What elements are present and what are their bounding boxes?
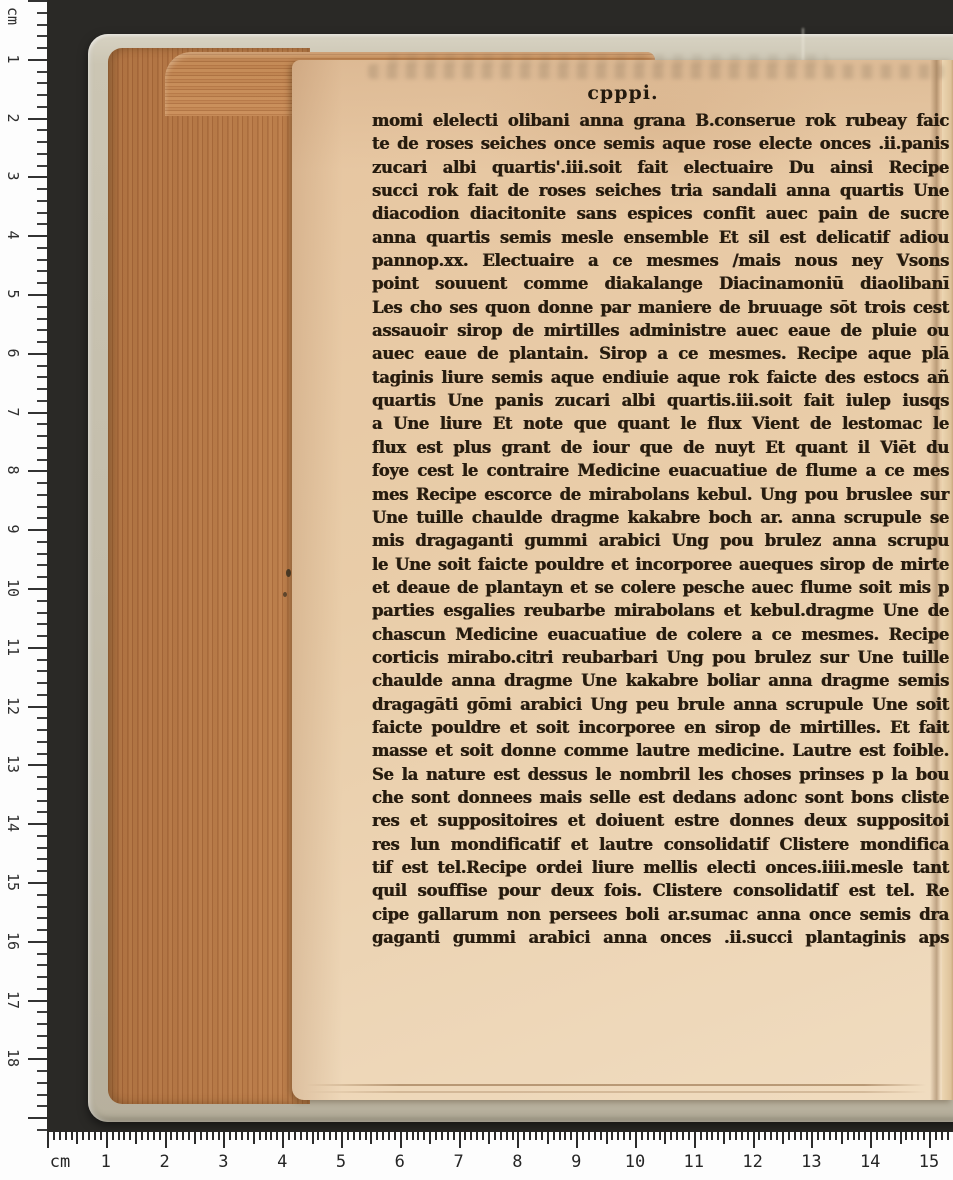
ruler-tick bbox=[37, 106, 47, 108]
text-line: point souuent comme diakalange Diacinamo… bbox=[372, 271, 949, 296]
ruler-tick bbox=[37, 400, 47, 402]
ruler-tick bbox=[553, 1132, 555, 1140]
ruler-tick bbox=[37, 670, 47, 672]
bottom-ruler-number: 9 bbox=[571, 1152, 581, 1172]
ruler-tick bbox=[37, 541, 47, 543]
text-line: tif est tel.Recipe ordei liure mellis el… bbox=[372, 855, 949, 880]
ruler-tick bbox=[447, 1132, 449, 1140]
ruler-tick bbox=[37, 835, 47, 837]
ruler-tick bbox=[37, 247, 47, 249]
ruler-tick bbox=[37, 800, 47, 802]
ruler-tick bbox=[464, 1132, 466, 1140]
ruler-tick bbox=[37, 47, 47, 49]
ruler-tick bbox=[37, 776, 47, 778]
ruler-tick bbox=[176, 1132, 178, 1140]
ruler-tick bbox=[37, 659, 47, 661]
ruler-tick bbox=[494, 1132, 496, 1140]
ruler-tick bbox=[688, 1132, 690, 1140]
ruler-tick bbox=[753, 1132, 755, 1148]
ruler-tick bbox=[741, 1132, 743, 1140]
ruler-tick bbox=[28, 941, 47, 943]
ruler-tick bbox=[235, 1132, 237, 1140]
ruler-tick bbox=[37, 717, 47, 719]
left-ruler-number: 13 bbox=[4, 755, 22, 773]
ruler-tick bbox=[37, 270, 47, 272]
text-line: res lun mondificatif et lautre consolida… bbox=[372, 832, 949, 857]
ruler-tick bbox=[37, 129, 47, 131]
ruler-tick bbox=[37, 753, 47, 755]
ruler-tick bbox=[37, 1023, 47, 1025]
ruler-tick bbox=[270, 1132, 272, 1140]
ruler-tick bbox=[37, 553, 47, 555]
ruler-tick bbox=[37, 35, 47, 37]
ruler-tick bbox=[37, 694, 47, 696]
ruler-tick bbox=[894, 1132, 896, 1140]
ruler-tick bbox=[400, 1132, 402, 1148]
bottom-ruler-number: 11 bbox=[684, 1152, 704, 1172]
ruler-tick bbox=[770, 1132, 772, 1140]
ruler-tick bbox=[676, 1132, 678, 1140]
ruler-tick bbox=[782, 1132, 784, 1144]
ruler-tick bbox=[37, 635, 47, 637]
ruler-tick bbox=[253, 1132, 255, 1144]
ruler-tick bbox=[717, 1132, 719, 1140]
ruler-tick bbox=[37, 847, 47, 849]
ruler-tick bbox=[847, 1132, 849, 1140]
ruler-tick bbox=[37, 200, 47, 202]
ruler-tick bbox=[37, 1035, 47, 1037]
ruler-tick bbox=[37, 212, 47, 214]
ruler-tick bbox=[37, 24, 47, 26]
left-ruler-number: 16 bbox=[4, 932, 22, 950]
ruler-tick bbox=[829, 1132, 831, 1140]
left-ruler-number: 14 bbox=[4, 814, 22, 832]
ruler-tick bbox=[911, 1132, 913, 1140]
left-ruler-number: 8 bbox=[4, 466, 22, 475]
ruler-tick bbox=[28, 353, 47, 355]
text-line: succi rok fait de roses seiches tria san… bbox=[372, 178, 949, 203]
ruler-tick bbox=[37, 1070, 47, 1072]
ruler-tick bbox=[37, 141, 47, 143]
ruler-tick bbox=[900, 1132, 902, 1144]
ruler-tick bbox=[394, 1132, 396, 1140]
text-line: cipe gallarum non persees boli ar.sumac … bbox=[372, 902, 949, 927]
ruler-tick bbox=[37, 988, 47, 990]
under-page-edge-line bbox=[306, 1091, 926, 1093]
bottom-cm-ruler: cm 123456789101112131415 bbox=[0, 1132, 953, 1180]
ruler-tick bbox=[37, 682, 47, 684]
left-ruler-number: 5 bbox=[4, 289, 22, 298]
text-line: foye cest le contraire Medicine euacuati… bbox=[372, 458, 949, 483]
ruler-tick bbox=[37, 858, 47, 860]
ruler-tick bbox=[794, 1132, 796, 1140]
left-ruler-unit-label: cm bbox=[4, 7, 22, 25]
ruler-tick bbox=[776, 1132, 778, 1140]
ruler-tick bbox=[37, 729, 47, 731]
ruler-tick bbox=[935, 1132, 937, 1140]
ruler-tick bbox=[606, 1132, 608, 1144]
ruler-tick bbox=[37, 1047, 47, 1049]
bottom-ruler-number: 6 bbox=[395, 1152, 405, 1172]
ruler-tick bbox=[435, 1132, 437, 1140]
ruler-tick bbox=[37, 71, 47, 73]
book-page: cpppi. momi elelecti olibani anna grana … bbox=[292, 60, 953, 1100]
ruler-tick bbox=[37, 12, 47, 14]
ruler-tick bbox=[37, 1129, 47, 1131]
ruler-tick bbox=[247, 1132, 249, 1140]
ruler-tick bbox=[388, 1132, 390, 1140]
ruler-tick bbox=[541, 1132, 543, 1140]
ruler-tick bbox=[141, 1132, 143, 1140]
ruler-tick bbox=[341, 1132, 343, 1148]
ruler-tick bbox=[476, 1132, 478, 1140]
ruler-tick bbox=[294, 1132, 296, 1140]
ruler-tick bbox=[529, 1132, 531, 1140]
ruler-tick bbox=[317, 1132, 319, 1140]
ruler-tick bbox=[28, 588, 47, 590]
ruler-tick bbox=[547, 1132, 549, 1144]
text-line: quartis Une panis zucari albi quartis.ii… bbox=[372, 388, 949, 413]
ruler-tick bbox=[758, 1132, 760, 1140]
page-block-fore-edge bbox=[108, 48, 310, 1104]
ruler-tick bbox=[82, 1132, 84, 1140]
folio-number-heading: cpppi. bbox=[587, 82, 658, 104]
ruler-tick bbox=[817, 1132, 819, 1140]
bottom-ruler-number: 14 bbox=[860, 1152, 880, 1172]
ink-speck bbox=[286, 569, 291, 577]
ruler-tick bbox=[28, 529, 47, 531]
bottom-ruler-number: 12 bbox=[742, 1152, 762, 1172]
under-page-edge-line bbox=[306, 1084, 926, 1086]
text-line: le Une soit faicte pouldre et incorporee… bbox=[372, 552, 949, 577]
ruler-tick bbox=[37, 741, 47, 743]
text-line: faicte pouldre et soit incorporee en sir… bbox=[372, 715, 949, 740]
ruler-tick bbox=[535, 1132, 537, 1140]
ruler-tick bbox=[88, 1132, 90, 1140]
ruler-tick bbox=[788, 1132, 790, 1140]
ruler-tick bbox=[611, 1132, 613, 1140]
text-line: res et suppositoires et doiuent estre do… bbox=[372, 808, 949, 833]
ruler-tick bbox=[917, 1132, 919, 1140]
ruler-tick bbox=[929, 1132, 931, 1148]
text-line: pannop.xx. Electuaire a ce mesmes /mais … bbox=[372, 248, 949, 273]
ruler-tick bbox=[600, 1132, 602, 1140]
text-line: chaulde anna dragme Une kakabre boliar a… bbox=[372, 668, 949, 693]
ruler-tick bbox=[37, 1082, 47, 1084]
ruler-tick bbox=[37, 82, 47, 84]
ruler-tick bbox=[76, 1132, 78, 1144]
ruler-tick bbox=[312, 1132, 314, 1144]
ruler-tick bbox=[635, 1132, 637, 1148]
text-line: zucari albi quartis'.iii.soit fait elect… bbox=[372, 155, 949, 180]
ruler-tick bbox=[735, 1132, 737, 1140]
ruler-tick bbox=[37, 188, 47, 190]
ruler-tick bbox=[28, 470, 47, 472]
ruler-tick bbox=[653, 1132, 655, 1140]
ruler-tick bbox=[37, 259, 47, 261]
text-line: te de roses seiches once semis aque rose… bbox=[372, 131, 949, 156]
ruler-tick bbox=[28, 412, 47, 414]
text-line: mes Recipe escorce de mirabolans kebul. … bbox=[372, 482, 949, 507]
ruler-tick bbox=[559, 1132, 561, 1140]
ruler-tick bbox=[206, 1132, 208, 1140]
ruler-tick bbox=[112, 1132, 114, 1140]
bottom-ruler-number: 4 bbox=[277, 1152, 287, 1172]
ruler-tick bbox=[59, 1132, 61, 1140]
ruler-tick bbox=[37, 517, 47, 519]
ruler-tick bbox=[700, 1132, 702, 1140]
ruler-tick bbox=[153, 1132, 155, 1140]
book-photograph: cpppi. momi elelecti olibani anna grana … bbox=[47, 0, 953, 1132]
ruler-tick bbox=[376, 1132, 378, 1140]
ruler-tick bbox=[123, 1132, 125, 1140]
ruler-tick bbox=[335, 1132, 337, 1140]
ruler-tick bbox=[882, 1132, 884, 1140]
ruler-tick bbox=[200, 1132, 202, 1140]
ruler-tick bbox=[37, 482, 47, 484]
ruler-tick bbox=[37, 929, 47, 931]
text-line: taginis liure semis aque endiuie aque ro… bbox=[372, 365, 949, 390]
text-line: gaganti gummi arabici anna onces .ii.suc… bbox=[372, 925, 949, 950]
ruler-tick bbox=[106, 1132, 108, 1148]
ruler-tick bbox=[37, 870, 47, 872]
ruler-tick bbox=[170, 1132, 172, 1140]
ruler-tick bbox=[28, 647, 47, 649]
ruler-tick bbox=[223, 1132, 225, 1148]
ruler-tick bbox=[37, 423, 47, 425]
ruler-tick bbox=[800, 1132, 802, 1140]
ruler-tick bbox=[706, 1132, 708, 1140]
ruler-tick bbox=[259, 1132, 261, 1140]
ruler-tick bbox=[947, 1132, 949, 1140]
ruler-tick bbox=[858, 1132, 860, 1140]
ruler-tick bbox=[28, 764, 47, 766]
ruler-tick bbox=[429, 1132, 431, 1144]
ruler-tick bbox=[347, 1132, 349, 1140]
bottom-ruler-number: 8 bbox=[512, 1152, 522, 1172]
text-line: anna quartis semis mesle ensemble Et sil… bbox=[372, 225, 949, 250]
ruler-tick bbox=[941, 1132, 943, 1140]
ruler-tick bbox=[147, 1132, 149, 1140]
ruler-tick bbox=[71, 1132, 73, 1140]
bottom-ruler-number: 10 bbox=[625, 1152, 645, 1172]
ruler-tick bbox=[159, 1132, 161, 1140]
ruler-tick bbox=[500, 1132, 502, 1140]
ruler-tick bbox=[406, 1132, 408, 1140]
ruler-tick bbox=[512, 1132, 514, 1140]
ruler-tick bbox=[37, 623, 47, 625]
ruler-tick bbox=[647, 1132, 649, 1140]
text-line: parties esgalies reubarbe mirabolans et … bbox=[372, 598, 949, 623]
ruler-tick bbox=[129, 1132, 131, 1140]
digitized-book-scan: cm 123456789101112131415161718 cm 123456… bbox=[0, 0, 953, 1180]
ruler-tick bbox=[37, 459, 47, 461]
ruler-tick bbox=[905, 1132, 907, 1140]
ruler-tick bbox=[165, 1132, 167, 1148]
ruler-tick bbox=[582, 1132, 584, 1140]
ruler-tick bbox=[664, 1132, 666, 1144]
ruler-tick bbox=[365, 1132, 367, 1140]
ruler-tick bbox=[37, 318, 47, 320]
ruler-tick bbox=[37, 564, 47, 566]
ruler-tick bbox=[37, 494, 47, 496]
ruler-tick bbox=[617, 1132, 619, 1140]
text-line: quil souffise pour deux fois. Clistere c… bbox=[372, 878, 949, 903]
ruler-tick bbox=[588, 1132, 590, 1140]
ruler-tick bbox=[37, 600, 47, 602]
text-line: mis dragaganti gummi arabici Ung pou bru… bbox=[372, 528, 949, 553]
ruler-tick bbox=[482, 1132, 484, 1140]
ruler-tick bbox=[282, 1132, 284, 1148]
ruler-tick bbox=[37, 506, 47, 508]
ruler-tick bbox=[188, 1132, 190, 1140]
ruler-tick bbox=[28, 294, 47, 296]
text-line: corticis mirabo.citri reubarbari Ung pou… bbox=[372, 645, 949, 670]
ruler-tick bbox=[218, 1132, 220, 1140]
ruler-tick bbox=[37, 612, 47, 614]
ruler-tick bbox=[488, 1132, 490, 1144]
ruler-tick bbox=[37, 341, 47, 343]
ruler-tick bbox=[623, 1132, 625, 1140]
ruler-tick bbox=[370, 1132, 372, 1144]
ruler-tick bbox=[682, 1132, 684, 1140]
left-ruler-number: 6 bbox=[4, 348, 22, 357]
text-line: flux est plus grant de iour que de nuyt … bbox=[372, 435, 949, 460]
ruler-tick bbox=[659, 1132, 661, 1140]
ruler-tick bbox=[288, 1132, 290, 1140]
text-line: momi elelecti olibani anna grana B.conse… bbox=[372, 108, 949, 133]
text-line: chascun Medicine euacuatiue de colere a … bbox=[372, 622, 949, 647]
ruler-tick bbox=[723, 1132, 725, 1144]
ruler-tick bbox=[806, 1132, 808, 1140]
ruler-tick bbox=[570, 1132, 572, 1140]
ruler-tick bbox=[870, 1132, 872, 1148]
ruler-tick bbox=[37, 1011, 47, 1013]
ruler-tick bbox=[37, 788, 47, 790]
show-through-text-smudge bbox=[388, 54, 828, 66]
ruler-tick bbox=[28, 0, 47, 2]
text-line: et deaue de plantayn et se colere pesche… bbox=[372, 575, 949, 600]
show-through-text-smudge bbox=[368, 64, 944, 79]
ruler-tick bbox=[37, 329, 47, 331]
ruler-tick bbox=[306, 1132, 308, 1140]
ruler-tick bbox=[37, 365, 47, 367]
ruler-tick bbox=[823, 1132, 825, 1140]
ruler-tick bbox=[876, 1132, 878, 1140]
ruler-tick bbox=[641, 1132, 643, 1140]
ruler-tick bbox=[37, 306, 47, 308]
ruler-tick bbox=[423, 1132, 425, 1140]
bottom-ruler-number: 1 bbox=[101, 1152, 111, 1172]
ruler-tick bbox=[100, 1132, 102, 1140]
ruler-tick bbox=[28, 176, 47, 178]
ruler-tick bbox=[37, 376, 47, 378]
left-ruler-number: 18 bbox=[4, 1049, 22, 1067]
ruler-tick bbox=[923, 1132, 925, 1140]
ruler-tick bbox=[694, 1132, 696, 1148]
ruler-tick bbox=[37, 811, 47, 813]
ruler-tick bbox=[729, 1132, 731, 1140]
ruler-tick bbox=[265, 1132, 267, 1140]
ruler-tick bbox=[37, 165, 47, 167]
ruler-tick bbox=[94, 1132, 96, 1140]
ruler-tick bbox=[888, 1132, 890, 1140]
ruler-tick bbox=[28, 59, 47, 61]
bottom-ruler-unit-label: cm bbox=[50, 1152, 70, 1172]
bottom-ruler-number: 5 bbox=[336, 1152, 346, 1172]
ruler-tick bbox=[37, 906, 47, 908]
ruler-tick bbox=[28, 1117, 47, 1119]
ruler-tick bbox=[594, 1132, 596, 1140]
ruler-tick bbox=[37, 953, 47, 955]
ruler-tick bbox=[412, 1132, 414, 1140]
ruler-tick bbox=[353, 1132, 355, 1140]
ruler-tick bbox=[323, 1132, 325, 1140]
ruler-tick bbox=[28, 1058, 47, 1060]
ruler-tick bbox=[517, 1132, 519, 1148]
left-ruler-number: 9 bbox=[4, 525, 22, 534]
ruler-tick bbox=[28, 118, 47, 120]
text-line: auec eaue de plantain. Sirop a ce mesmes… bbox=[372, 341, 949, 366]
text-line: che sont donnees mais selle est dedans a… bbox=[372, 785, 949, 810]
ruler-tick bbox=[329, 1132, 331, 1140]
ruler-tick bbox=[506, 1132, 508, 1140]
ruler-tick bbox=[629, 1132, 631, 1140]
ruler-tick bbox=[37, 894, 47, 896]
ruler-tick bbox=[28, 235, 47, 237]
ruler-tick bbox=[37, 94, 47, 96]
left-cm-ruler: cm 123456789101112131415161718 bbox=[0, 0, 47, 1132]
ruler-tick bbox=[37, 1094, 47, 1096]
ruler-tick bbox=[747, 1132, 749, 1140]
text-line: masse et soit donne comme lautre medicin… bbox=[372, 738, 949, 763]
ruler-tick bbox=[453, 1132, 455, 1140]
ruler-tick bbox=[459, 1132, 461, 1148]
left-ruler-number: 4 bbox=[4, 231, 22, 240]
ruler-tick bbox=[835, 1132, 837, 1140]
ruler-tick bbox=[37, 1105, 47, 1107]
bottom-ruler-number: 3 bbox=[218, 1152, 228, 1172]
ruler-tick bbox=[241, 1132, 243, 1140]
ruler-tick bbox=[523, 1132, 525, 1140]
ruler-tick bbox=[118, 1132, 120, 1140]
ruler-tick bbox=[564, 1132, 566, 1140]
text-line: assauoir sirop de mirtilles administre a… bbox=[372, 318, 949, 343]
ruler-tick bbox=[864, 1132, 866, 1140]
ruler-tick bbox=[37, 282, 47, 284]
ruler-tick bbox=[37, 917, 47, 919]
text-line: Les cho ses quon donne par maniere de br… bbox=[372, 295, 949, 320]
ruler-tick bbox=[212, 1132, 214, 1140]
ruler-tick bbox=[28, 882, 47, 884]
ruler-tick bbox=[229, 1132, 231, 1140]
ink-speck bbox=[283, 592, 287, 597]
ruler-tick bbox=[811, 1132, 813, 1148]
left-ruler-number: 3 bbox=[4, 172, 22, 181]
ruler-tick bbox=[441, 1132, 443, 1140]
ruler-tick bbox=[382, 1132, 384, 1140]
left-ruler-number: 15 bbox=[4, 873, 22, 891]
ruler-tick bbox=[711, 1132, 713, 1140]
ruler-tick bbox=[37, 223, 47, 225]
ruler-tick bbox=[470, 1132, 472, 1140]
ruler-tick bbox=[194, 1132, 196, 1144]
text-line: Se la nature est dessus le nombril les c… bbox=[372, 762, 949, 787]
left-ruler-number: 1 bbox=[4, 54, 22, 63]
ruler-tick bbox=[28, 706, 47, 708]
left-ruler-number: 17 bbox=[4, 991, 22, 1009]
ruler-tick bbox=[37, 447, 47, 449]
